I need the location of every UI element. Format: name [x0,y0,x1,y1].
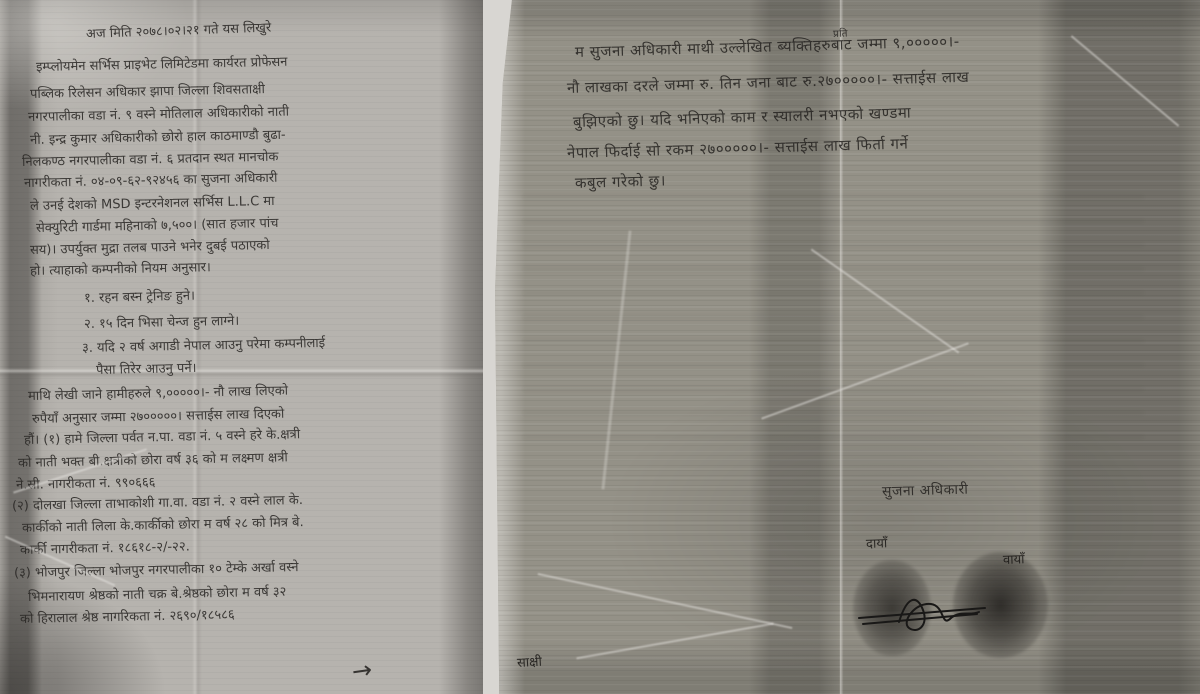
body-line: निलकण्ठ नगरपालीका वडा नं. ६ प्रतदान स्थत… [22,147,279,170]
body-line: पब्लिक रिलेसन अधिकार झापा जिल्ला शिवसताक… [30,79,265,102]
body-line: ले उनई देशको MSD इन्टरनेशनल सर्भिस L.L.C… [30,191,275,214]
crease-mark [811,249,960,354]
left-page-photocopy: अज मिति २०७८।०२।२१ गते यस लिखुरे इम्प्लो… [0,0,483,694]
body-line: इम्प्लोयमेन सर्भिस प्राइभेट लिमिटेडमा का… [36,52,288,75]
list-item: ३. यदि २ वर्ष अगाडी नेपाल आउनु परेमा कम्… [82,333,325,356]
body-line: नेपाल फिर्दाई सो रकम २७०००००।- सत्ताईस ल… [567,133,909,163]
body-line: कबुल गरेको छु। [575,170,667,193]
witness-label: साक्षी [517,652,543,671]
crease-mark [1071,35,1180,127]
continuation-arrow: → [350,655,374,686]
inserted-word: प्रति [833,25,848,40]
crease-mark [761,342,968,419]
list-item: २. १५ दिन भिसा चेन्ज हुन लाग्ने। [84,311,240,332]
person-entry-line: ने.स्री. नागरीकता नं. ९९०६६६ [16,472,156,493]
body-line: नागरीकता नं. ०४-०९-६२-९२४५६ का सुजना अधि… [24,168,278,191]
signatory-name: सुजना अधिकारी [882,480,969,501]
right-thumb-label: दायाँ [866,533,888,552]
body-line: सय)। उपर्युक्त मुद्रा तलब पाउने भनेर दुब… [30,235,270,258]
ghost-text-bleedthrough [523,195,1143,445]
right-page-photocopy: म सुजना अधिकारी माथी उल्लेखित ब्यक्तिहरु… [495,0,1200,694]
body-line: बुझिएको छु। यदि भनिएको काम र स्यालरी नभए… [573,103,912,132]
person-entry-line: कार्की नागरीकता नं. १८६१८-२/-२२. [20,536,190,558]
body-line: नौ लाखका दरले जम्मा रु. तिन जना बाट रु.२… [567,67,970,98]
body-line: हो। त्याहाको कम्पनीको नियम अनुसार। [30,257,211,279]
crease-mark [601,231,631,490]
person-entry-line: हौं। (१) हामे जिल्ला पर्वत न.पा. वडा नं.… [24,424,301,448]
body-line: नी. इन्द्र कुमार अधिकारीको छोरो हाल काठम… [30,125,286,148]
person-entry-line: (३) भोजपुर जिल्ला भोजपुर नगरपालीका १० टे… [14,557,299,581]
crease-mark [576,623,773,660]
signature-scribble [857,588,1017,640]
crease-mark [538,573,793,629]
body-line: नगरपालीका वडा नं. ९ वस्ने मोतिलाल अधिकार… [28,102,289,125]
body-line: म सुजना अधिकारी माथी उल्लेखित ब्यक्तिहरु… [575,31,960,62]
list-item-continuation: पैसा तिरेर आउनु पर्ने। [96,358,197,378]
person-entry-line: (२) दोलखा जिल्ला ताभाकोशी गा.वा. वडा नं.… [12,490,303,514]
date-line: अज मिति २०७८।०२।२१ गते यस लिखुरे [86,18,272,42]
person-entry-line: भिमनारायण श्रेष्ठको नाती चक्र बे.श्रेष्ठ… [28,582,287,605]
person-entry-line: कार्कीको नाती लिला के.कार्कीको छोरा म वर… [22,512,304,536]
amount-line: रुपैयाँ अनुसार जम्मा २७०००००। सत्ताईस ला… [32,404,285,427]
amount-line: माथि लेखी जाने हामीहरुले ९,०००००।- नौ ला… [28,381,288,404]
person-entry-line: को हिरालाल श्रेष्ठ नागरिकता नं. २६९०/१८५… [20,605,235,627]
person-entry-line: को नाती भक्त बी.क्षत्रीको छोरा वर्ष ३६ क… [18,447,288,471]
list-item: १. रहन बस्न ट्रेनिङ हुने। [84,286,195,306]
body-line: सेक्युरिटी गार्डमा महिनाको ७,५००। (सात ह… [36,213,279,236]
